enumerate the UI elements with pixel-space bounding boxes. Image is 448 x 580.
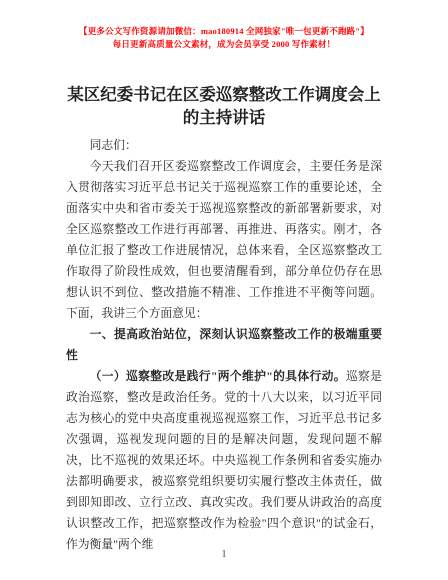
promo-line-1: 【更多公文写作资源请加微信：mao180914 全网独家"唯一包更新不跑路"】 bbox=[0, 25, 448, 38]
document-title: 某区纪委书记在区委巡察整改工作调度会上的主持讲话 bbox=[64, 83, 384, 129]
paragraph-intro: 今天我们召开区委巡察整改工作调度会，主要任务是深入贯彻落实习近平总书记关于巡视巡… bbox=[66, 156, 382, 324]
page-number: 1 bbox=[0, 549, 448, 560]
subsection-1: （一）巡察整改是践行"两个维护"的具体行动。巡察是政治巡察，整改是政治任务。党的… bbox=[66, 366, 382, 555]
salutation: 同志们： bbox=[66, 135, 382, 156]
promo-line-2: 每日更新高质量公文素材，成为会员享受 2000 写作素材！ bbox=[0, 38, 448, 51]
subsection-1-text: 巡察是政治巡察，整改是政治任务。党的十八大以来，以习近平同志为核心的党中央高度重… bbox=[66, 369, 382, 551]
section-heading-1: 一、提高政治站位，深刻认识巡察整改工作的极端重要性 bbox=[66, 324, 382, 366]
document-page: 【更多公文写作资源请加微信：mao180914 全网独家"唯一包更新不跑路"】 … bbox=[0, 0, 448, 580]
promo-header: 【更多公文写作资源请加微信：mao180914 全网独家"唯一包更新不跑路"】 … bbox=[0, 0, 448, 51]
subsection-1-lead: （一）巡察整改是践行"两个维护"的具体行动。 bbox=[90, 369, 346, 383]
document-body: 同志们： 今天我们召开区委巡察整改工作调度会，主要任务是深入贯彻落实习近平总书记… bbox=[66, 135, 382, 555]
